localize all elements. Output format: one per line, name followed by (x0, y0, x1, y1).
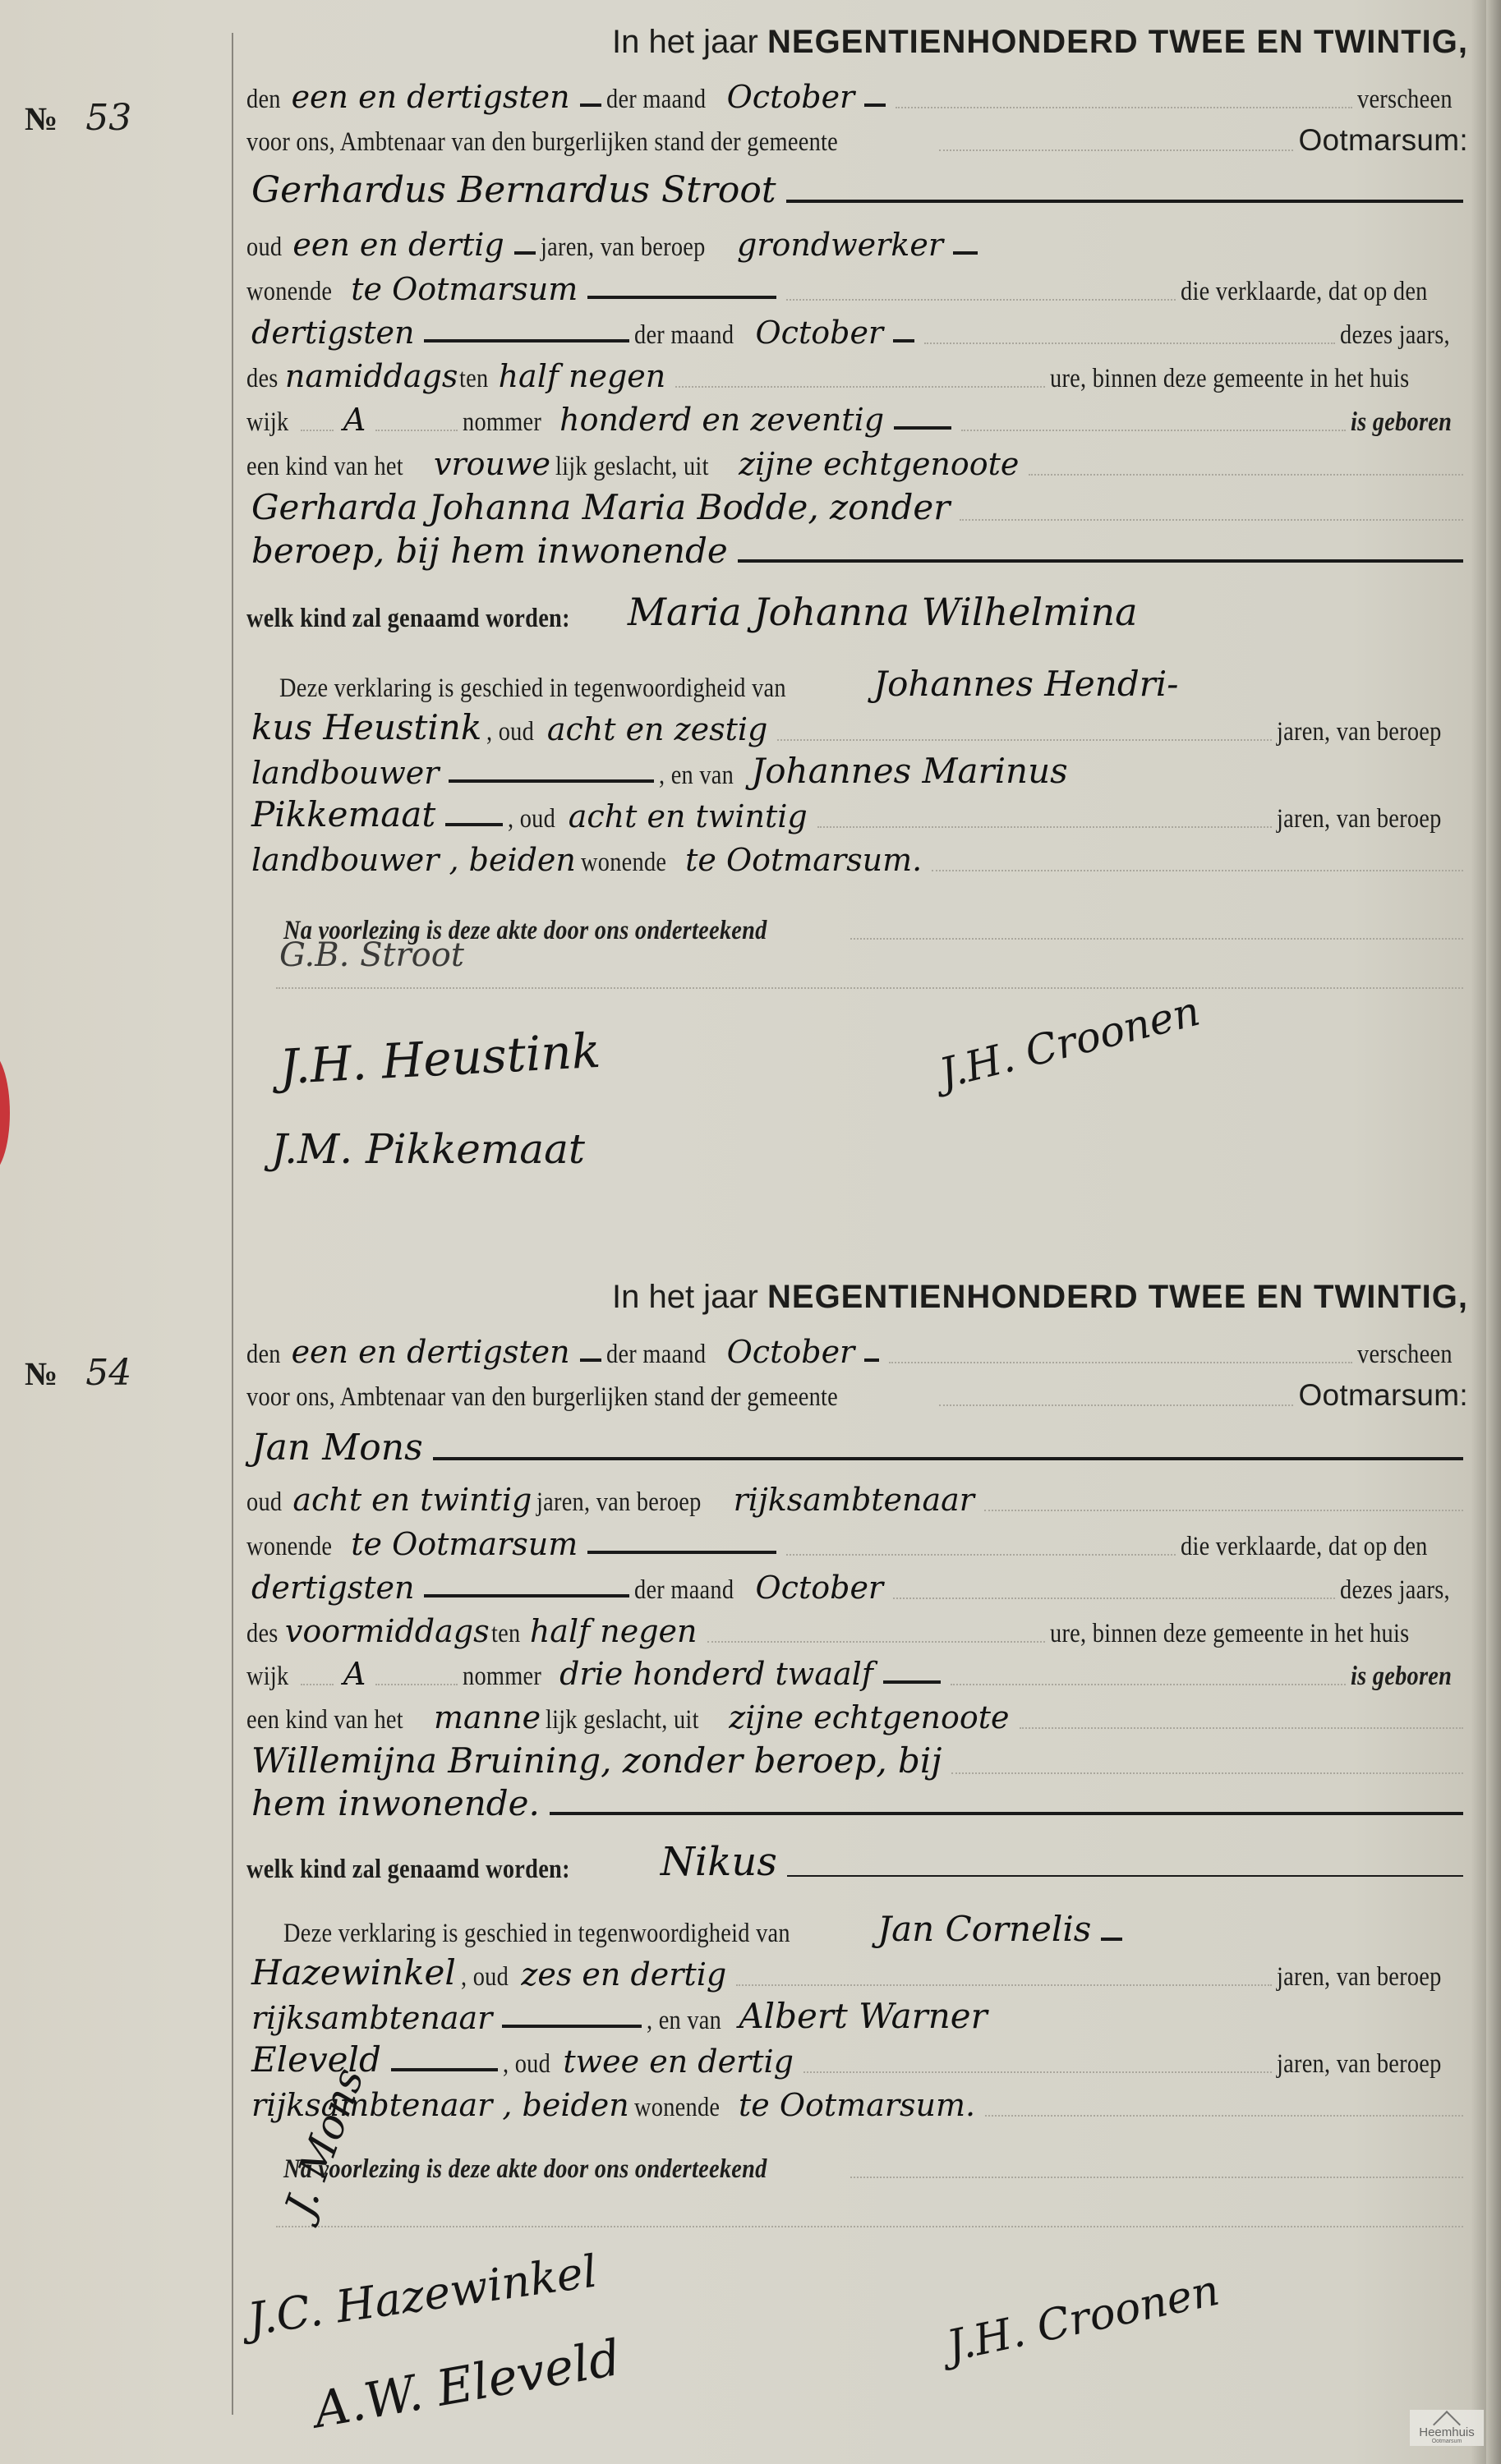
witness1-occupation: landbouwer (246, 755, 444, 791)
sex-line: een kind van het manne lijk geslacht, ui… (246, 1693, 1468, 1735)
signature-witness1: J.H. Heustink (278, 1023, 601, 1095)
declarant-residence: te Ootmarsum (346, 1526, 582, 1562)
declarant-line: Jan Mons (246, 1426, 1468, 1469)
witness2-line: Pikkemaat , oud acht en twintig jaren, v… (246, 792, 1468, 834)
mother-intro: zijne echtgenoote (724, 1699, 1014, 1735)
declarant-occupation: rijksambtenaar (729, 1482, 979, 1518)
signature-official: J.H. Croonen (935, 987, 1204, 1098)
wijk-letter: A (338, 1656, 371, 1692)
birth-month: October (751, 315, 889, 351)
declarant-occupation: grondwerker (732, 227, 948, 263)
witness-intro-line: Deze verklaring is geschied in tegenwoor… (279, 661, 1468, 704)
witness2-occupation-line: landbouwer , beiden wonende te Ootmarsum… (246, 835, 1468, 878)
witness1-age: zes en dertig (516, 1956, 731, 1993)
birth-hour: half negen (525, 1613, 702, 1649)
mother-line-1: Gerharda Johanna Maria Bodde, zonder (246, 485, 1468, 527)
child-name-line: welk kind zal genaamd worden: Maria Joha… (246, 591, 1468, 634)
page-edge-shadow (1486, 0, 1501, 2464)
handwritten-month: October (722, 79, 860, 115)
mother-line-2: hem inwonende. (246, 1781, 1468, 1823)
witness2-name: Albert Warner (734, 1996, 992, 2036)
house-number: drie honderd twaalf (555, 1656, 878, 1692)
entry-number: № 54 (25, 1352, 131, 1394)
date-line: den een en dertigsten der maand October … (246, 1327, 1468, 1370)
witness2-occupation: rijksambtenaar (246, 2087, 497, 2123)
heading-line: In het jaar NEGENTIENHONDERD TWEE EN TWI… (246, 18, 1468, 61)
child-name-line: welk kind zal genaamd worden: Nikus (246, 1842, 1468, 1885)
entry-number-value: 53 (85, 97, 131, 139)
signature-rule (271, 2191, 1468, 2234)
signature-witness2: A.W. Eleveld (310, 2329, 625, 2439)
mother-line-1: Willemijna Bruining, zonder beroep, bij (246, 1738, 1468, 1781)
witness-residence: te Ootmarsum. (680, 842, 927, 878)
heemhuis-watermark: Heemhuis Ootmarsum (1410, 2410, 1484, 2446)
child-name: Maria Johanna Wilhelmina (623, 590, 1143, 634)
birth-date-line: dertigsten der maand October dezes jaars… (246, 1563, 1468, 1606)
declarant-age: acht en twintig (288, 1482, 536, 1518)
witness2-age: twee en dertig (558, 2043, 799, 2080)
address-line: wijk A nommer honderd en zeventig is geb… (246, 395, 1468, 438)
birth-time-line: des namiddags ten half negen ure, binnen… (246, 352, 1468, 394)
birth-date-line: dertigsten der maand October dezes jaars… (246, 308, 1468, 351)
margin-rule (232, 33, 233, 2415)
declarant-residence: te Ootmarsum (346, 271, 582, 307)
witness2-occupation-line: rijksambtenaar , beiden wonende te Ootma… (246, 2080, 1468, 2123)
signature-witness1: J.C. Hazewinkel (245, 2246, 601, 2346)
sex-line: een kind van het vrouwe lijk geslacht, u… (246, 439, 1468, 482)
witness1-line: Hazewinkel , oud zes en dertig jaren, va… (246, 1950, 1468, 1993)
signature-declarant: G.B. Stroot (279, 936, 464, 974)
witness1-occupation-line: rijksambtenaar , en van Albert Warner (246, 1993, 1468, 2036)
child-name: Nikus (656, 1839, 782, 1885)
handwritten-month: October (722, 1334, 860, 1370)
witness1-occupation-line: landbouwer , en van Johannes Marinus (246, 748, 1468, 791)
witness1-surname: kus Heustink (246, 707, 486, 747)
entry-number: № 53 (25, 97, 131, 139)
witness1-name: Jan Cornelis (873, 1909, 1096, 1949)
declarant-age-line: oud een en dertig jaren, van beroep gron… (246, 220, 1468, 263)
witness2-name: Johannes Marinus (746, 751, 1072, 791)
heading-line: In het jaar NEGENTIENHONDERD TWEE EN TWI… (246, 1273, 1468, 1316)
handwritten-day: een en dertigsten (287, 1334, 575, 1370)
witness-intro-line: Deze verklaring is geschied in tegenwoor… (283, 1906, 1468, 1949)
handwritten-day: een en dertigsten (287, 79, 575, 115)
mother-name: Willemijna Bruining, zonder beroep, bij (246, 1740, 946, 1781)
birth-day: dertigsten (246, 315, 419, 351)
witness-residence: te Ootmarsum. (734, 2087, 980, 2123)
declarant-age: een en dertig (288, 227, 509, 263)
heading: In het jaar NEGENTIENHONDERD TWEE EN TWI… (612, 24, 1468, 61)
official-line: voor ons, Ambtenaar van den burgerlijken… (246, 1370, 1468, 1413)
house-number: honderd en zeventig (555, 402, 889, 438)
child-sex: manne (429, 1699, 546, 1735)
numero-symbol: № (25, 1354, 58, 1393)
heading: In het jaar NEGENTIENHONDERD TWEE EN TWI… (612, 1279, 1468, 1316)
birth-month: October (751, 1570, 889, 1606)
residence-line: wonende te Ootmarsum die verklaarde, dat… (246, 264, 1468, 307)
witness1-name: Johannes Hendri- (868, 664, 1183, 704)
mother-intro: zijne echtgenoote (734, 446, 1024, 482)
signature-official: J.H. Croonen (942, 2266, 1223, 2372)
date-line: den een en dertigsten der maand October … (246, 72, 1468, 115)
mother-line-2: beroep, bij hem inwonende (246, 528, 1468, 571)
address-line: wijk A nommer drie honderd twaalf is geb… (246, 1649, 1468, 1692)
mother-occupation: beroep, bij hem inwonende (246, 531, 733, 571)
declarant-name: Gerhardus Bernardus Stroot (246, 169, 781, 211)
witness2-occupation: landbouwer (246, 842, 444, 878)
witness1-surname: Hazewinkel (246, 1952, 461, 1993)
mother-occupation: hem inwonende. (246, 1783, 545, 1823)
witness1-age: acht en zestig (542, 711, 773, 747)
witness1-occupation: rijksambtenaar (246, 2000, 497, 2036)
witness2-line: Eleveld , oud twee en dertig jaren, van … (246, 2037, 1468, 2080)
residence-line: wonende te Ootmarsum die verklaarde, dat… (246, 1519, 1468, 1562)
witness1-line: kus Heustink , oud acht en zestig jaren,… (246, 705, 1468, 747)
official-line: voor ons, Ambtenaar van den burgerlijken… (246, 115, 1468, 158)
witness2-age: acht en twintig (564, 798, 813, 834)
declarant-line: Gerhardus Bernardus Stroot (246, 168, 1468, 211)
declarant-age-line: oud acht en twintig jaren, van beroep ri… (246, 1475, 1468, 1518)
birth-day: dertigsten (246, 1570, 419, 1606)
entry-number-value: 54 (85, 1352, 131, 1394)
numero-symbol: № (25, 99, 58, 138)
signature-witness2: J.M. Pikkemaat (271, 1125, 585, 1173)
time-of-day: namiddags (283, 358, 459, 394)
time-of-day: voormiddags (283, 1613, 491, 1649)
register-page: № 53 In het jaar NEGENTIENHONDERD TWEE E… (0, 0, 1501, 2464)
mother-name: Gerharda Johanna Maria Bodde, zonder (246, 487, 955, 527)
witness2-surname: Pikkemaat (246, 794, 440, 834)
child-sex: vrouwe (429, 446, 555, 482)
witness2-surname: Eleveld (246, 2039, 386, 2080)
birth-time-line: des voormiddags ten half negen ure, binn… (246, 1607, 1468, 1649)
declarant-name: Jan Mons (246, 1427, 428, 1469)
red-bookmark-tab (0, 1051, 10, 1175)
wijk-letter: A (338, 402, 371, 438)
signature-intro-line: Na voorlezing is deze akte door ons onde… (283, 2142, 1468, 2185)
birth-hour: half negen (494, 358, 671, 394)
